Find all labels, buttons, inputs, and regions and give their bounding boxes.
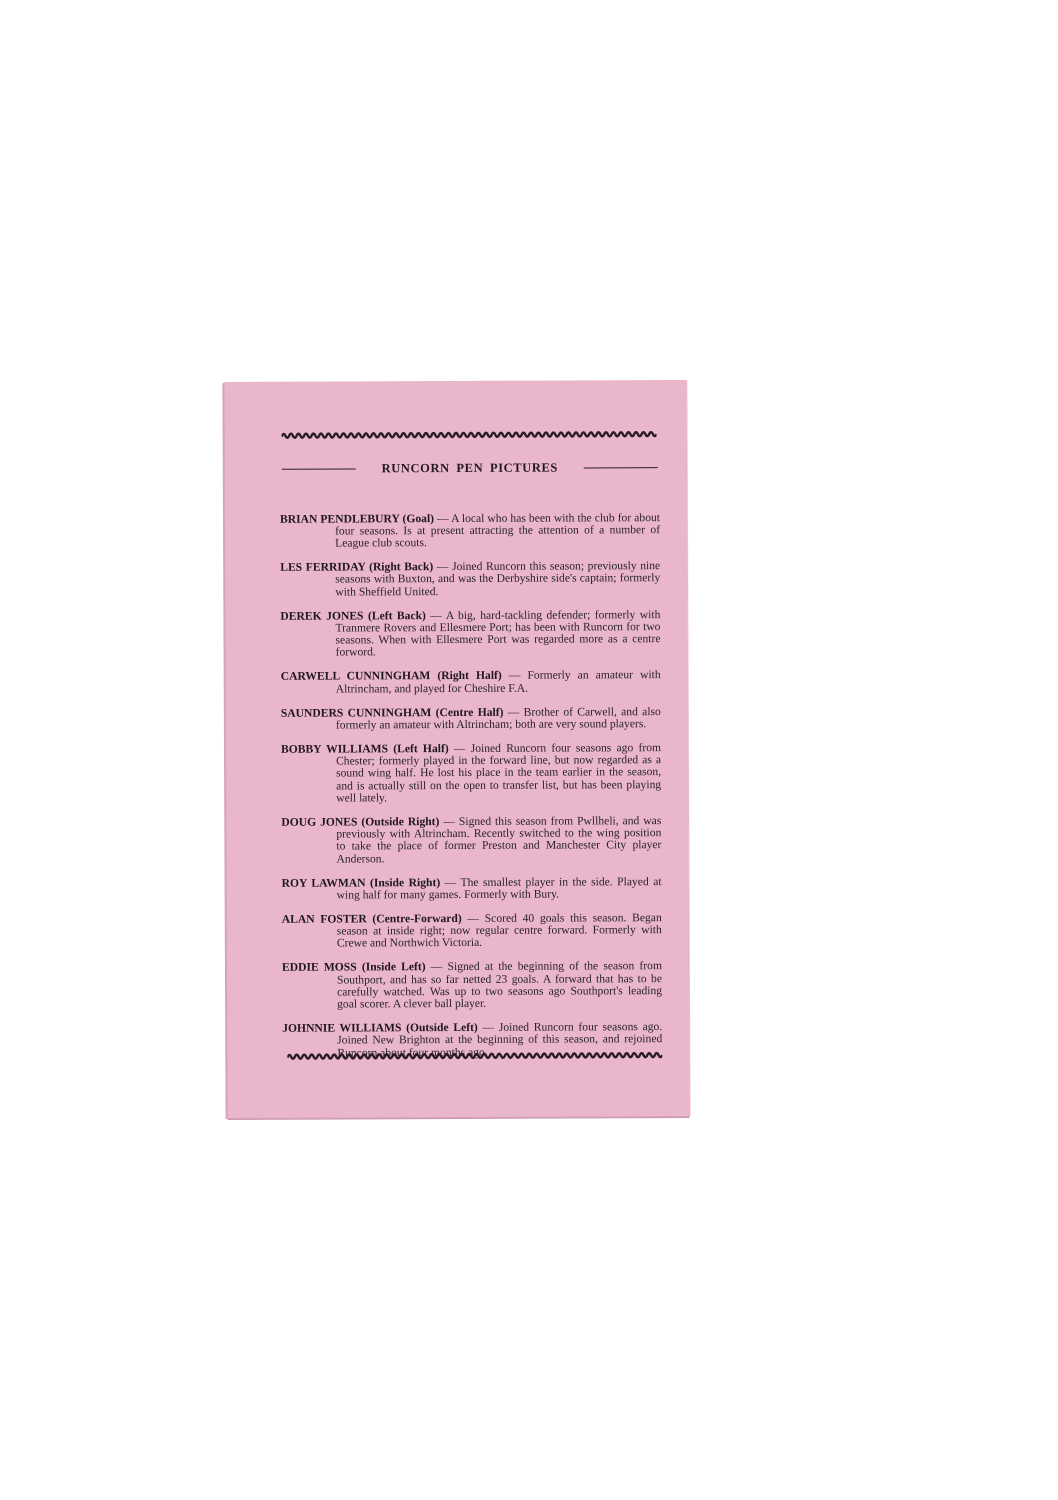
- title-rule-left: [282, 468, 356, 469]
- player-entry: BRIAN PENDLEBURY (Goal) — A local who ha…: [280, 512, 660, 551]
- pen-pictures-list: BRIAN PENDLEBURY (Goal) — A local who ha…: [280, 500, 662, 1063]
- player-entry: EDDIE MOSS (Inside Left) — Signed at the…: [282, 960, 662, 1011]
- wavy-divider-bottom: [287, 1050, 662, 1062]
- player-entry: SAUNDERS CUNNINGHAM (Centre Half) — Brot…: [281, 706, 661, 732]
- player-entry: CARWELL CUNNINGHAM (Right Half) — Former…: [281, 669, 661, 695]
- programme-page: RUNCORN PEN PICTURES BRIAN PENDLEBURY (G…: [224, 380, 689, 1118]
- player-entry: LES FERRIDAY (Right Back) — Joined Runco…: [280, 560, 660, 599]
- player-entry: ALAN FOSTER (Centre-Forward) — Scored 40…: [282, 912, 662, 951]
- page-title: RUNCORN PEN PICTURES: [382, 461, 558, 477]
- player-entry: DEREK JONES (Left Back) — A big, hard-ta…: [280, 609, 660, 660]
- player-entry: DOUG JONES (Outside Right) — Signed this…: [281, 815, 661, 866]
- title-rule-right: [584, 467, 658, 468]
- wavy-divider-top: [282, 429, 657, 441]
- title-row: RUNCORN PEN PICTURES: [282, 460, 658, 477]
- player-entry: ROY LAWMAN (Inside Right) — The smallest…: [282, 876, 662, 902]
- player-entry: BOBBY WILLIAMS (Left Half) — Joined Runc…: [281, 742, 661, 805]
